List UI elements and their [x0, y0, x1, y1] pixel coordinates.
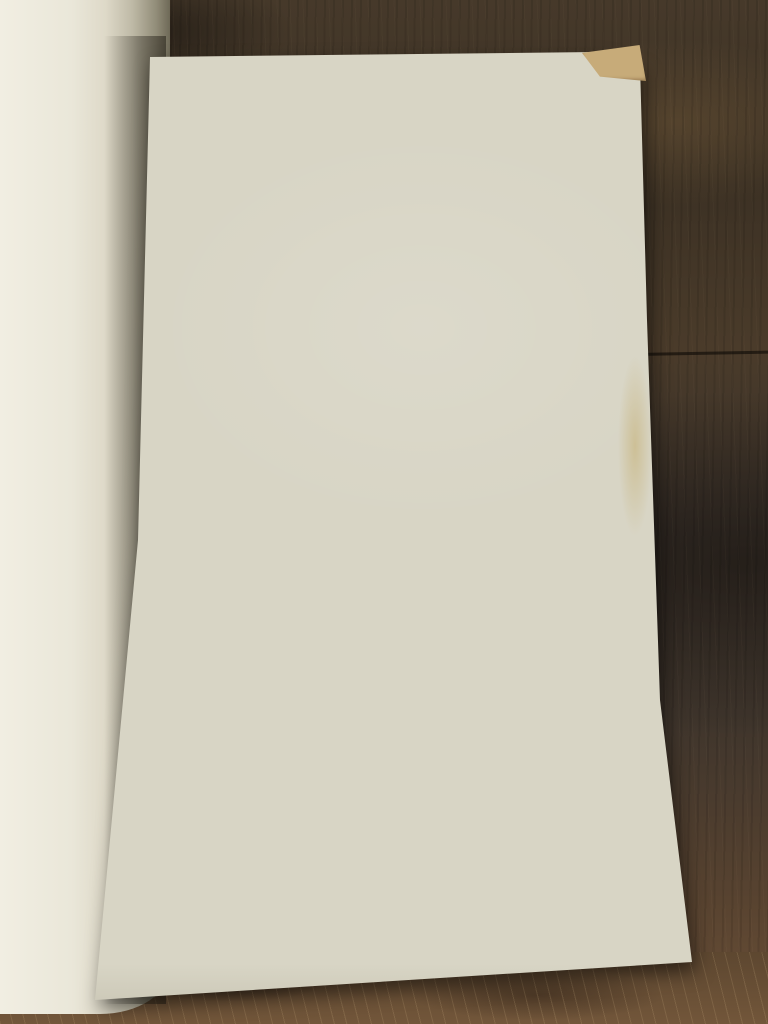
running-header: [166, 71, 580, 76]
right-page-wrapper: [0, 0, 768, 1024]
articles-container: [166, 84, 580, 89]
right-book-page: [0, 0, 768, 1024]
page-edge-stain: [618, 356, 652, 536]
footnote: [166, 84, 580, 89]
book-photo-scene: [0, 0, 768, 1024]
page-content: [166, 71, 580, 89]
